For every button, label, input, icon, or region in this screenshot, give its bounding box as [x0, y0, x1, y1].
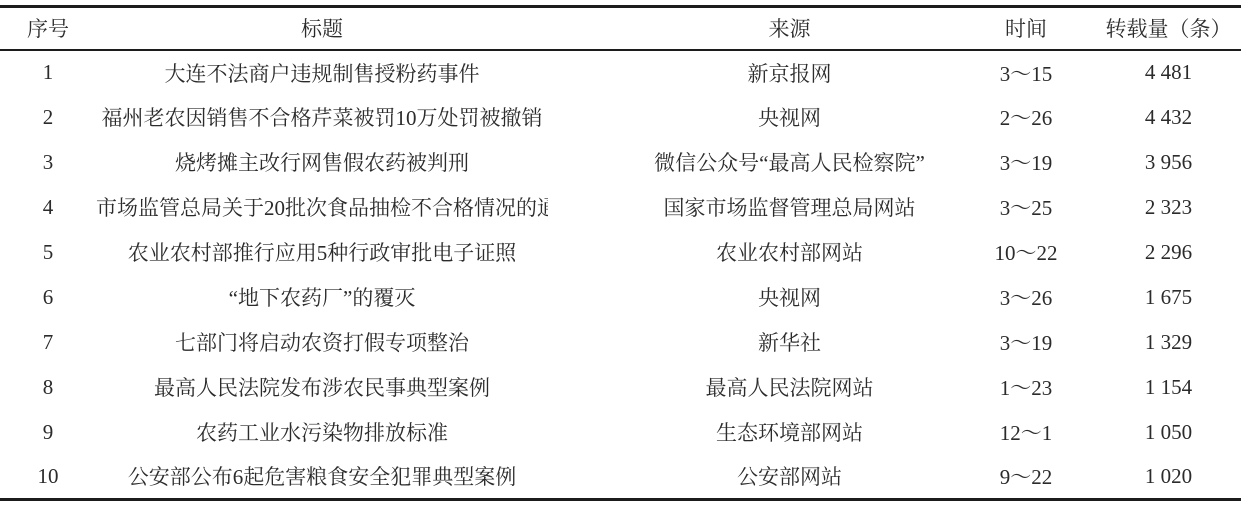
cell-time: 12～1: [976, 410, 1076, 455]
cell-time: 10～22: [976, 230, 1076, 275]
cell-source: 公安部网站: [548, 455, 976, 500]
cell-title: 大连不法商户违规制售授粉药事件: [96, 50, 548, 95]
table-row: 9 农药工业水污染物排放标准 生态环境部网站 12～1 1 050: [0, 410, 1241, 455]
col-header-source: 来源: [548, 7, 976, 50]
table-row: 4 市场监管总局关于20批次食品抽检不合格情况的通告 国家市场监督管理总局网站 …: [0, 185, 1241, 230]
cell-source: 央视网: [548, 95, 976, 140]
cell-reposts: 1 050: [1076, 410, 1241, 455]
table-row: 10 公安部公布6起危害粮食安全犯罪典型案例 公安部网站 9～22 1 020: [0, 455, 1241, 500]
cell-index: 10: [0, 455, 96, 500]
cell-index: 7: [0, 320, 96, 365]
cell-source: 生态环境部网站: [548, 410, 976, 455]
cell-source: 央视网: [548, 275, 976, 320]
table-row: 1 大连不法商户违规制售授粉药事件 新京报网 3～15 4 481: [0, 50, 1241, 95]
cell-index: 8: [0, 365, 96, 410]
cell-title: 福州老农因销售不合格芹菜被罚10万处罚被撤销: [96, 95, 548, 140]
cell-source: 最高人民法院网站: [548, 365, 976, 410]
cell-index: 1: [0, 50, 96, 95]
table-row: 6 “地下农药厂”的覆灭 央视网 3～26 1 675: [0, 275, 1241, 320]
table-row: 7 七部门将启动农资打假专项整治 新华社 3～19 1 329: [0, 320, 1241, 365]
cell-index: 5: [0, 230, 96, 275]
news-repost-table-container: 序号 标题 来源 时间 转载量（条） 1 大连不法商户违规制售授粉药事件 新京报…: [0, 5, 1241, 501]
cell-source: 新京报网: [548, 50, 976, 95]
header-row: 序号 标题 来源 时间 转载量（条）: [0, 7, 1241, 50]
cell-reposts: 1 329: [1076, 320, 1241, 365]
cell-index: 9: [0, 410, 96, 455]
cell-source: 国家市场监督管理总局网站: [548, 185, 976, 230]
cell-time: 3～19: [976, 140, 1076, 185]
table-row: 2 福州老农因销售不合格芹菜被罚10万处罚被撤销 央视网 2～26 4 432: [0, 95, 1241, 140]
col-header-index: 序号: [0, 7, 96, 50]
cell-time: 3～25: [976, 185, 1076, 230]
cell-reposts: 4 432: [1076, 95, 1241, 140]
cell-reposts: 3 956: [1076, 140, 1241, 185]
cell-title: 市场监管总局关于20批次食品抽检不合格情况的通告: [96, 185, 548, 230]
cell-reposts: 4 481: [1076, 50, 1241, 95]
col-header-reposts: 转载量（条）: [1076, 7, 1241, 50]
cell-reposts: 2 323: [1076, 185, 1241, 230]
cell-time: 3～19: [976, 320, 1076, 365]
cell-reposts: 1 020: [1076, 455, 1241, 500]
cell-title: 公安部公布6起危害粮食安全犯罪典型案例: [96, 455, 548, 500]
cell-index: 2: [0, 95, 96, 140]
cell-title: 烧烤摊主改行网售假农药被判刑: [96, 140, 548, 185]
cell-index: 3: [0, 140, 96, 185]
cell-title: 七部门将启动农资打假专项整治: [96, 320, 548, 365]
cell-time: 9～22: [976, 455, 1076, 500]
cell-time: 1～23: [976, 365, 1076, 410]
cell-time: 2～26: [976, 95, 1076, 140]
cell-title: 最高人民法院发布涉农民事典型案例: [96, 365, 548, 410]
col-header-time: 时间: [976, 7, 1076, 50]
news-repost-table: 序号 标题 来源 时间 转载量（条） 1 大连不法商户违规制售授粉药事件 新京报…: [0, 5, 1241, 501]
cell-reposts: 1 675: [1076, 275, 1241, 320]
cell-index: 4: [0, 185, 96, 230]
cell-source: 新华社: [548, 320, 976, 365]
cell-time: 3～26: [976, 275, 1076, 320]
cell-source: 农业农村部网站: [548, 230, 976, 275]
cell-title: “地下农药厂”的覆灭: [96, 275, 548, 320]
table-row: 5 农业农村部推行应用5种行政审批电子证照 农业农村部网站 10～22 2 29…: [0, 230, 1241, 275]
col-header-title: 标题: [96, 7, 548, 50]
table-row: 3 烧烤摊主改行网售假农药被判刑 微信公众号“最高人民检察院” 3～19 3 9…: [0, 140, 1241, 185]
cell-title: 农业农村部推行应用5种行政审批电子证照: [96, 230, 548, 275]
cell-title: 农药工业水污染物排放标准: [96, 410, 548, 455]
cell-index: 6: [0, 275, 96, 320]
cell-time: 3～15: [976, 50, 1076, 95]
cell-reposts: 2 296: [1076, 230, 1241, 275]
document-page: 序号 标题 来源 时间 转载量（条） 1 大连不法商户违规制售授粉药事件 新京报…: [0, 0, 1241, 517]
table-row: 8 最高人民法院发布涉农民事典型案例 最高人民法院网站 1～23 1 154: [0, 365, 1241, 410]
cell-source: 微信公众号“最高人民检察院”: [548, 140, 976, 185]
cell-reposts: 1 154: [1076, 365, 1241, 410]
